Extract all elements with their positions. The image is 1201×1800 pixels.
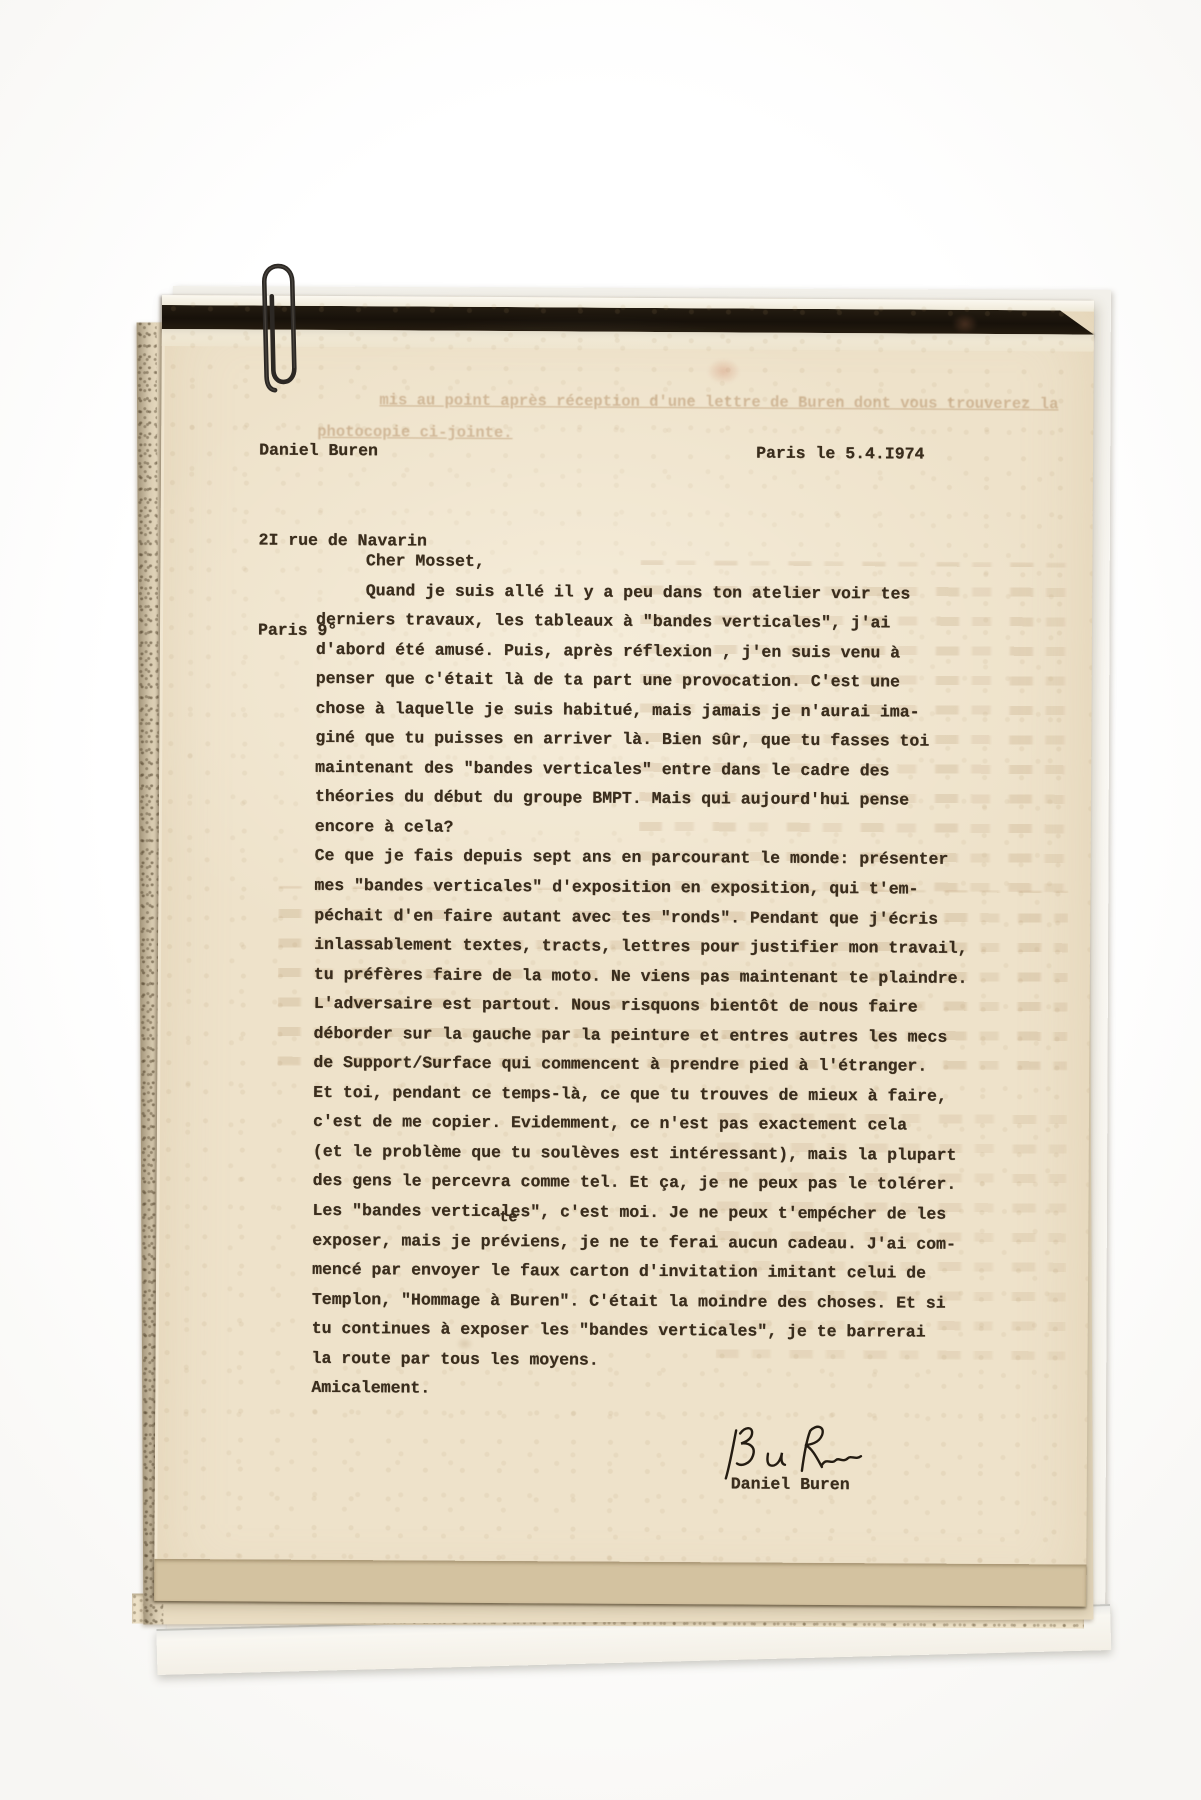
typed-line: penser que c'était là de ta part une pro… xyxy=(316,664,970,698)
sheet-bottom-grime-band xyxy=(154,1559,1086,1607)
typed-line: théories du début du groupe BMPT. Mais q… xyxy=(315,782,969,816)
typed-line: Cher Mosset, xyxy=(316,546,970,580)
typed-line: péchait d'en faire autant avec tes "rond… xyxy=(314,900,968,934)
letter-body: te Cher Mosset, Quand je suis allé il y … xyxy=(311,546,970,1407)
typed-line: Ce que je fais depuis sept ans en parcou… xyxy=(315,841,969,875)
typed-line: mes "bandes verticales" d'exposition en … xyxy=(314,871,968,905)
typed-line: Quand je suis allé il y a peu dans ton a… xyxy=(316,575,970,609)
typed-line: giné que tu puisses en arriver là. Bien … xyxy=(315,723,969,757)
bleedthrough-line: mis au point après réception d'une lettr… xyxy=(379,391,1058,413)
paperclip xyxy=(256,261,305,400)
typed-line: maintenant des "bandes verticales" entre… xyxy=(315,753,969,787)
letter-photograph: mis au point après réception d'une lettr… xyxy=(0,0,1201,1800)
typed-line: c'est de me copier. Evidemment, ce n'est… xyxy=(313,1107,967,1141)
typed-line: Les "bandes verticales", c'est moi. Je n… xyxy=(312,1196,966,1230)
typed-line: inlassablement textes, tracts, lettres p… xyxy=(314,930,968,964)
typed-line: Amicalement. xyxy=(311,1373,965,1407)
typed-line: Templon, "Hommage à Buren". C'était la m… xyxy=(312,1285,966,1319)
typed-line: de Support/Surface qui commencent à pren… xyxy=(313,1048,967,1082)
typed-insertion-te: te xyxy=(499,1203,517,1233)
typed-line: d'abord été amusé. Puis, après réflexion… xyxy=(316,635,970,669)
typed-line: exposer, mais je préviens, je ne te fera… xyxy=(312,1225,966,1259)
paper-stain xyxy=(707,358,741,384)
sender-name: Daniel Buren xyxy=(259,436,428,467)
letter-sheet: mis au point après réception d'une lettr… xyxy=(154,295,1094,1607)
typed-line: derniers travaux, les tableaux à "bandes… xyxy=(316,605,970,639)
typed-line: des gens le percevra comme tel. Et ça, j… xyxy=(313,1166,967,1200)
typed-signature-name: Daniel Buren xyxy=(731,1474,850,1494)
typed-line: L'adversaire est partout. Nous risquons … xyxy=(314,989,968,1023)
dateline: Paris le 5.4.I974 xyxy=(756,439,925,470)
typed-line: mencé par envoyer le faux carton d'invit… xyxy=(312,1255,966,1289)
typed-line: chose à laquelle je suis habitué, mais j… xyxy=(315,694,969,728)
typed-line: (et le problème que tu soulèves est inté… xyxy=(313,1137,967,1171)
typed-line: tu continues à exposer les "bandes verti… xyxy=(312,1314,966,1348)
typed-line: tu préfères faire de la moto. Ne viens p… xyxy=(314,960,968,994)
typed-line: Et toi, pendant ce temps-là, ce que tu t… xyxy=(313,1078,967,1112)
typed-line: la route par tous les moyens. xyxy=(311,1344,965,1378)
typed-line: déborder sur la gauche par la peinture e… xyxy=(313,1019,967,1053)
typed-line: encore à cela? xyxy=(315,812,969,846)
